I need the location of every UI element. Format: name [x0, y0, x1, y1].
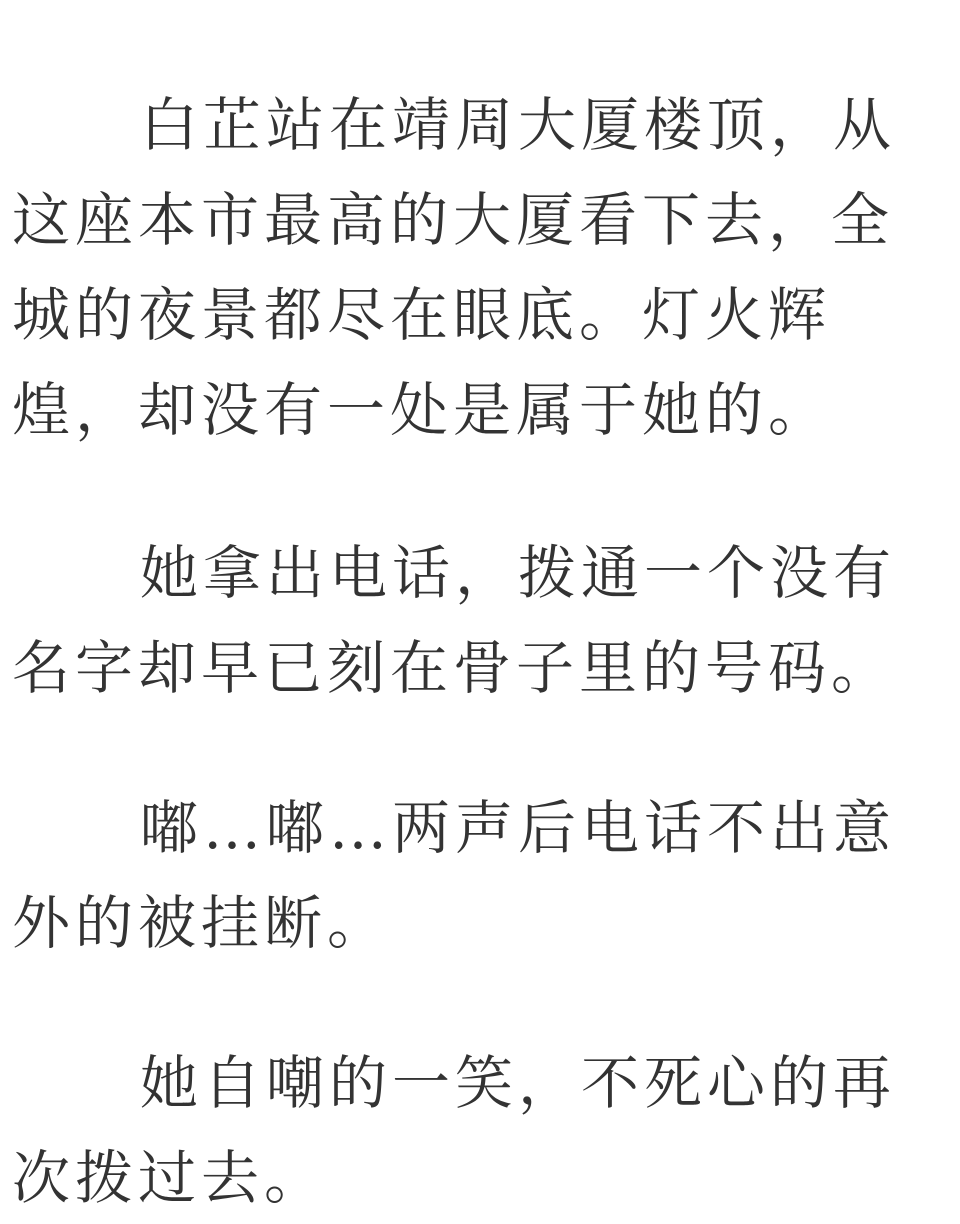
- paragraph-1-line-3: 城的夜景都尽在眼底。灯火辉: [12, 268, 896, 363]
- paragraph-2: 她拿出电话，拨通一个没有 名字却早已刻在骨子里的号码。: [12, 526, 896, 716]
- paragraph-4-line-1: 她自嘲的一笑，不死心的再: [12, 1036, 896, 1131]
- paragraph-3-line-2: 外的被挂断。: [12, 876, 896, 971]
- paragraph-1: 白芷站在靖周大厦楼顶，从 这座本市最高的大厦看下去，全 城的夜景都尽在眼底。灯火…: [12, 78, 896, 458]
- paragraph-3: 嘟…嘟…两声后电话不出意 外的被挂断。: [12, 781, 896, 971]
- paragraph-3-line-1: 嘟…嘟…两声后电话不出意: [12, 781, 896, 876]
- paragraph-2-line-2: 名字却早已刻在骨子里的号码。: [12, 621, 896, 716]
- paragraph-1-line-2: 这座本市最高的大厦看下去，全: [12, 173, 896, 268]
- paragraph-1-line-4: 煌，却没有一处是属于她的。: [12, 363, 896, 458]
- paragraph-1-line-1: 白芷站在靖周大厦楼顶，从: [12, 78, 896, 173]
- paragraph-4: 她自嘲的一笑，不死心的再 次拨过去。: [12, 1036, 896, 1224]
- paragraph-4-line-2: 次拨过去。: [12, 1131, 896, 1224]
- paragraph-2-line-1: 她拿出电话，拨通一个没有: [12, 526, 896, 621]
